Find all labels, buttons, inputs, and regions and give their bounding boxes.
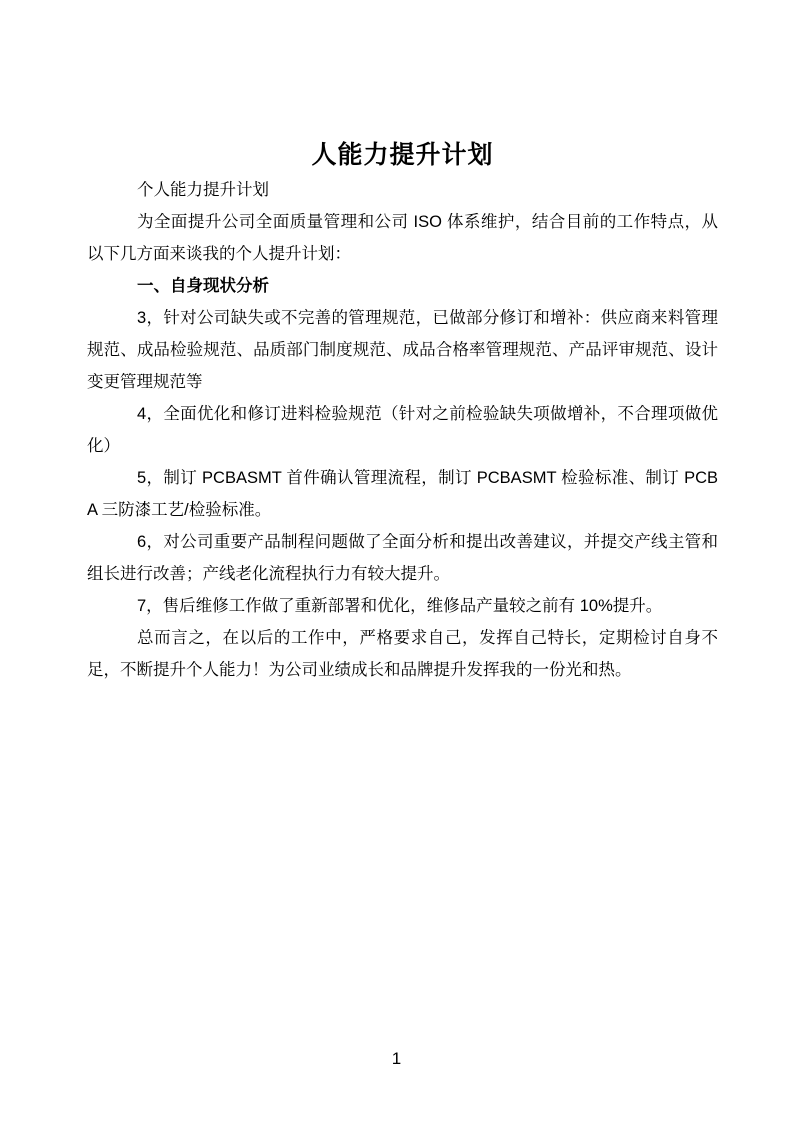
- paragraph-item-4: 4，全面优化和修订进料检验规范（针对之前检验缺失项做增补，不合理项做优化）: [87, 398, 718, 462]
- section-heading: 一、自身现状分析: [87, 270, 718, 302]
- document-body: 人能力提升计划 个人能力提升计划 为全面提升公司全面质量管理和公司 ISO 体系…: [87, 0, 718, 686]
- paragraph-item-6: 6，对公司重要产品制程问题做了全面分析和提出改善建议，并提交产线主管和组长进行改…: [87, 526, 718, 590]
- document-title: 人能力提升计划: [87, 136, 718, 174]
- page-number: 1: [0, 1048, 793, 1070]
- paragraph-item-7: 7，售后维修工作做了重新部署和优化，维修品产量较之前有 10%提升。: [87, 590, 718, 622]
- paragraph-item-3: 3，针对公司缺失或不完善的管理规范，已做部分修订和增补：供应商来料管理规范、成品…: [87, 302, 718, 398]
- document-page: 人能力提升计划 个人能力提升计划 为全面提升公司全面质量管理和公司 ISO 体系…: [0, 0, 793, 1122]
- paragraph-item-5: 5，制订 PCBASMT 首件确认管理流程，制订 PCBASMT 检验标准、制订…: [87, 462, 718, 526]
- paragraph-intro: 为全面提升公司全面质量管理和公司 ISO 体系维护，结合目前的工作特点，从以下几…: [87, 206, 718, 270]
- paragraph-closing: 总而言之，在以后的工作中，严格要求自己，发挥自己特长，定期检讨自身不足，不断提升…: [87, 622, 718, 686]
- paragraph-subtitle: 个人能力提升计划: [87, 174, 718, 206]
